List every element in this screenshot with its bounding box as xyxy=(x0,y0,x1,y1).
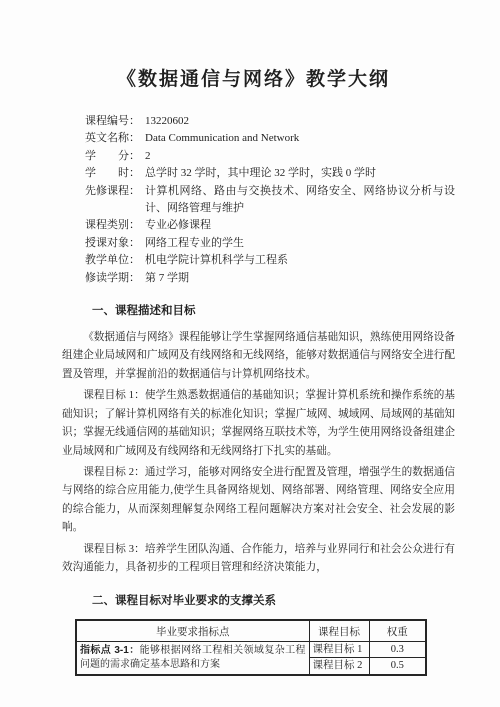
course-goal-1-paragraph: 课程目标 1：使学生熟悉数据通信的基础知识；掌握计算机系统和操作系统的基础知识；… xyxy=(62,387,455,461)
weight-cell: 0.3 xyxy=(369,641,426,658)
weight-cell: 0.5 xyxy=(369,658,426,675)
col-header-indicator: 毕业要求指标点 xyxy=(76,620,309,641)
indicator-cell: 指标点 3-1：能够根据网络工程相关领域复杂工程问题的需求确定基本思路和方案 xyxy=(76,641,309,675)
meta-value: 第 7 学期 xyxy=(145,270,455,287)
meta-row-audience: 授课对象： 网络工程专业的学生 xyxy=(85,235,455,252)
meta-label: 授课对象： xyxy=(85,235,145,252)
meta-value: 网络工程专业的学生 xyxy=(145,235,455,252)
meta-row-semester: 修读学期： 第 7 学期 xyxy=(85,270,455,287)
meta-label: 学 时： xyxy=(85,165,145,182)
section-two-heading: 二、课程目标对毕业要求的支撑关系 xyxy=(92,592,455,608)
meta-label: 先修课程： xyxy=(85,183,145,218)
meta-label: 学 分： xyxy=(85,148,145,165)
meta-label: 课程类别： xyxy=(85,217,145,234)
meta-row-prerequisites: 先修课程： 计算机网络、路由与交换技术、网络安全、网络协议分析与设计、网络管理与… xyxy=(85,183,455,218)
meta-value: 总学时 32 学时，其中理论 32 学时，实践 0 学时 xyxy=(145,165,455,182)
meta-row-course-code: 课程编号： 13220602 xyxy=(85,113,455,130)
course-goal-3-paragraph: 课程目标 3：培养学生团队沟通、合作能力，培养与业界同行和社会公众进行有效沟通能… xyxy=(62,541,455,578)
meta-row-credits: 学 分： 2 xyxy=(85,148,455,165)
indicator-label: 指标点 3-1： xyxy=(80,645,140,656)
section-one-heading: 一、课程描述和目标 xyxy=(92,302,455,318)
support-relationship-table: 毕业要求指标点 课程目标 权重 指标点 3-1：能够根据网络工程相关领域复杂工程… xyxy=(75,619,427,676)
meta-label: 教学单位： xyxy=(85,252,145,269)
col-header-weight: 权重 xyxy=(369,620,426,641)
meta-row-english-name: 英文名称： Data Communication and Network xyxy=(85,130,455,147)
meta-row-hours: 学 时： 总学时 32 学时，其中理论 32 学时，实践 0 学时 xyxy=(85,165,455,182)
course-meta: 课程编号： 13220602 英文名称： Data Communication … xyxy=(85,113,455,287)
col-header-goal: 课程目标 xyxy=(309,620,369,641)
meta-value: 计算机网络、路由与交换技术、网络安全、网络协议分析与设计、网络管理与维护 xyxy=(145,183,455,218)
document-page: 《数据通信与网络》教学大纲 课程编号： 13220602 英文名称： Data … xyxy=(0,0,500,707)
meta-value: 2 xyxy=(145,148,455,165)
goal-cell: 课程目标 1 xyxy=(309,641,369,658)
meta-label: 英文名称： xyxy=(85,130,145,147)
meta-value: 机电学院计算机科学与工程系 xyxy=(145,252,455,269)
table-row: 指标点 3-1：能够根据网络工程相关领域复杂工程问题的需求确定基本思路和方案 课… xyxy=(76,641,426,658)
table-header-row: 毕业要求指标点 课程目标 权重 xyxy=(76,620,426,641)
meta-row-category: 课程类别： 专业必修课程 xyxy=(85,217,455,234)
meta-label: 修读学期： xyxy=(85,270,145,287)
page-title: 《数据通信与网络》教学大纲 xyxy=(52,64,455,91)
course-intro-paragraph: 《数据通信与网络》课程能够让学生掌握网络通信基础知识，熟练使用网络设备组建企业局… xyxy=(62,329,455,384)
meta-value: 13220602 xyxy=(145,113,455,130)
meta-value: 专业必修课程 xyxy=(145,217,455,234)
meta-label: 课程编号： xyxy=(85,113,145,130)
meta-row-department: 教学单位： 机电学院计算机科学与工程系 xyxy=(85,252,455,269)
goal-cell: 课程目标 2 xyxy=(309,658,369,675)
course-goal-2-paragraph: 课程目标 2：通过学习，能够对网络安全进行配置及管理，增强学生的数据通信与网络的… xyxy=(62,464,455,538)
meta-value: Data Communication and Network xyxy=(145,130,455,147)
